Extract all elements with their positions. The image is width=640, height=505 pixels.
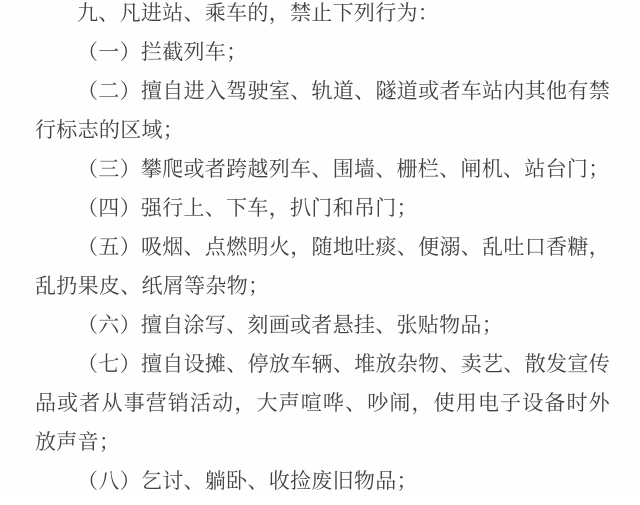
paragraph-5: （四）强行上、下车，扒门和吊门；: [35, 189, 610, 228]
paragraph-8: （七）擅自设摊、停放车辆、堆放杂物、卖艺、散发宣传品或者从事营销活动，大声喧哗、…: [35, 345, 610, 462]
paragraph-4: （三）攀爬或者跨越列车、围墙、栅栏、闸机、站台门；: [35, 150, 610, 189]
paragraph-3: （二）擅自进入驾驶室、轨道、隧道或者车站内其他有禁行标志的区域；: [35, 72, 610, 150]
paragraph-7: （六）擅自涂写、刻画或者悬挂、张贴物品；: [35, 306, 610, 345]
regulation-text-block: 九、凡进站、乘车的，禁止下列行为：（一）拦截列车；（二）擅自进入驾驶室、轨道、隧…: [35, 0, 610, 501]
document-page: 九、凡进站、乘车的，禁止下列行为：（一）拦截列车；（二）擅自进入驾驶室、轨道、隧…: [0, 0, 640, 499]
paragraph-9: （八）乞讨、躺卧、收捡废旧物品；: [35, 462, 610, 501]
paragraph-1: 九、凡进站、乘车的，禁止下列行为：: [35, 0, 610, 33]
paragraph-2: （一）拦截列车；: [35, 33, 610, 72]
paragraph-6: （五）吸烟、点燃明火，随地吐痰、便溺、乱吐口香糖，乱扔果皮、纸屑等杂物；: [35, 228, 610, 306]
